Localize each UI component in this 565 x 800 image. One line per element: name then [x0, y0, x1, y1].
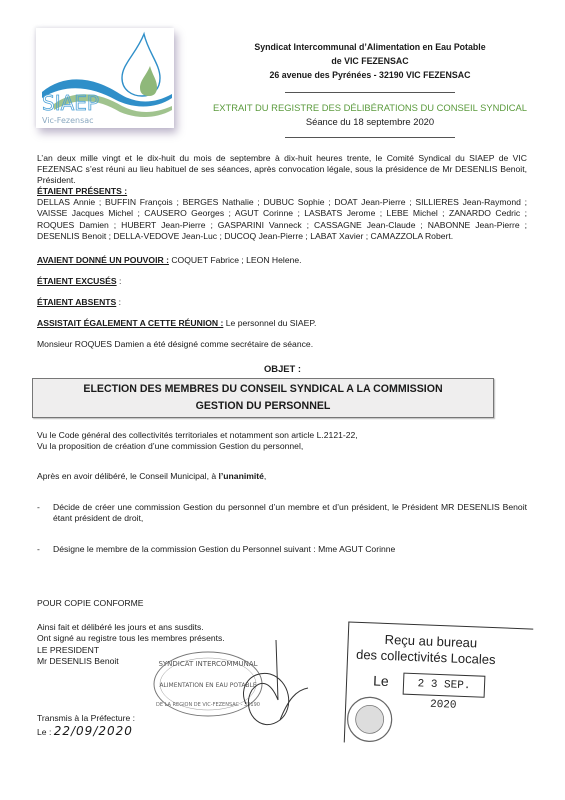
deliberation-prefix: Après en avoir délibéré, le Conseil Muni…: [37, 471, 219, 481]
deliberation-unanimite: l’unanimité: [219, 471, 264, 481]
vu-section: Vu le Code général des collectivités ter…: [37, 430, 527, 452]
decision-text-1: Décide de créer une commission Gestion d…: [53, 502, 527, 524]
assistait-label: ASSISTAIT ÉGALEMENT A CETTE RÉUNION :: [37, 318, 223, 328]
vu-line-1: Vu le Code général des collectivités ter…: [37, 430, 527, 441]
seance-date: Séance du 18 septembre 2020: [200, 115, 540, 129]
svg-text:ALIMENTATION EN EAU POTABLE: ALIMENTATION EN EAU POTABLE: [159, 682, 257, 689]
republique-francaise-seal-icon: [345, 694, 397, 746]
decision-1: - Décide de créer une commission Gestion…: [37, 502, 527, 524]
bullet-dash: -: [37, 502, 53, 524]
syndicat-seal-stamp: SYNDICAT INTERCOMMUNAL ALIMENTATION EN E…: [150, 640, 310, 750]
intro-paragraph: L’an deux mille vingt et le dix-huit du …: [37, 153, 527, 187]
header-divider: [285, 92, 455, 93]
intro-section: L’an deux mille vingt et le dix-huit du …: [37, 153, 527, 187]
objet-title-line2: GESTION DU PERSONNEL: [33, 398, 493, 415]
document-header: Syndicat Intercommunal d’Alimentation en…: [200, 40, 540, 146]
bullet-dash: -: [37, 544, 53, 555]
presents-list: DELLAS Annie ; BUFFIN François ; BERGES …: [37, 197, 527, 242]
svg-text:DE LA REGION DE VIC-FEZENSAC -: DE LA REGION DE VIC-FEZENSAC - 32190: [156, 702, 260, 708]
excuses-label: ÉTAIENT EXCUSÉS: [37, 276, 117, 286]
deliberation-section: Après en avoir délibéré, le Conseil Muni…: [37, 471, 527, 482]
excuses-text: :: [117, 276, 122, 286]
org-name-line1: Syndicat Intercommunal d’Alimentation en…: [200, 40, 540, 54]
assistait-section: ASSISTAIT ÉGALEMENT A CETTE RÉUNION : Le…: [37, 318, 527, 329]
excuses-section: ÉTAIENT EXCUSÉS :: [37, 276, 527, 287]
recu-date: 2 3 SEP. 2020: [403, 673, 486, 698]
org-name-line2: de VIC FEZENSAC: [200, 54, 540, 68]
recu-le-label: Le: [373, 671, 389, 690]
deliberation-suffix: ,: [264, 471, 266, 481]
siaep-logo: SIAEP Vic-Fezensac: [36, 28, 174, 128]
decision-text-2: Désigne le membre de la commission Gesti…: [53, 544, 527, 555]
absents-label: ÉTAIENT ABSENTS: [37, 297, 116, 307]
recu-bureau-stamp: Reçu au bureau des collectivités Locales…: [344, 621, 534, 749]
presents-label: ÉTAIENT PRÉSENTS :: [37, 186, 127, 196]
svg-text:SIAEP: SIAEP: [42, 91, 99, 115]
copie-conforme: POUR COPIE CONFORME: [37, 598, 297, 609]
assistait-text: Le personnel du SIAEP.: [223, 318, 316, 328]
header-divider-2: [285, 137, 455, 138]
org-address: 26 avenue des Pyrénées - 32190 VIC FEZEN…: [200, 68, 540, 82]
pouvoir-label: AVAIENT DONNÉ UN POUVOIR :: [37, 255, 169, 265]
presents-section: ÉTAIENT PRÉSENTS : DELLAS Annie ; BUFFIN…: [37, 186, 527, 242]
transmis-date-handwritten: 22/09/2020: [54, 724, 133, 738]
objet-box: ELECTION DES MEMBRES DU CONSEIL SYNDICAL…: [32, 378, 494, 418]
svg-text:Vic-Fezensac: Vic-Fezensac: [42, 116, 94, 125]
objet-title-line1: ELECTION DES MEMBRES DU CONSEIL SYNDICAL…: [33, 381, 493, 398]
secretaire-text: Monsieur ROQUES Damien a été désigné com…: [37, 339, 313, 349]
ainsi-fait: Ainsi fait et délibéré les jours et ans …: [37, 622, 297, 633]
objet-label: OBJET :: [0, 363, 565, 375]
absents-text: :: [116, 297, 121, 307]
pouvoir-section: AVAIENT DONNÉ UN POUVOIR : COQUET Fabric…: [37, 255, 527, 266]
decision-2: - Désigne le membre de la commission Ges…: [37, 544, 527, 555]
transmis-le-label: Le :: [37, 727, 51, 737]
svg-text:SYNDICAT INTERCOMMUNAL: SYNDICAT INTERCOMMUNAL: [158, 660, 257, 668]
vu-line-2: Vu la proposition de création d’une comm…: [37, 441, 527, 452]
extrait-heading: EXTRAIT DU REGISTRE DES DÉLIBÉRATIONS DU…: [200, 101, 540, 115]
absents-section: ÉTAIENT ABSENTS :: [37, 297, 527, 308]
secretaire-section: Monsieur ROQUES Damien a été désigné com…: [37, 339, 527, 350]
water-drop-wave-icon: SIAEP Vic-Fezensac: [36, 28, 174, 128]
pouvoir-text: COQUET Fabrice ; LEON Helene.: [169, 255, 302, 265]
